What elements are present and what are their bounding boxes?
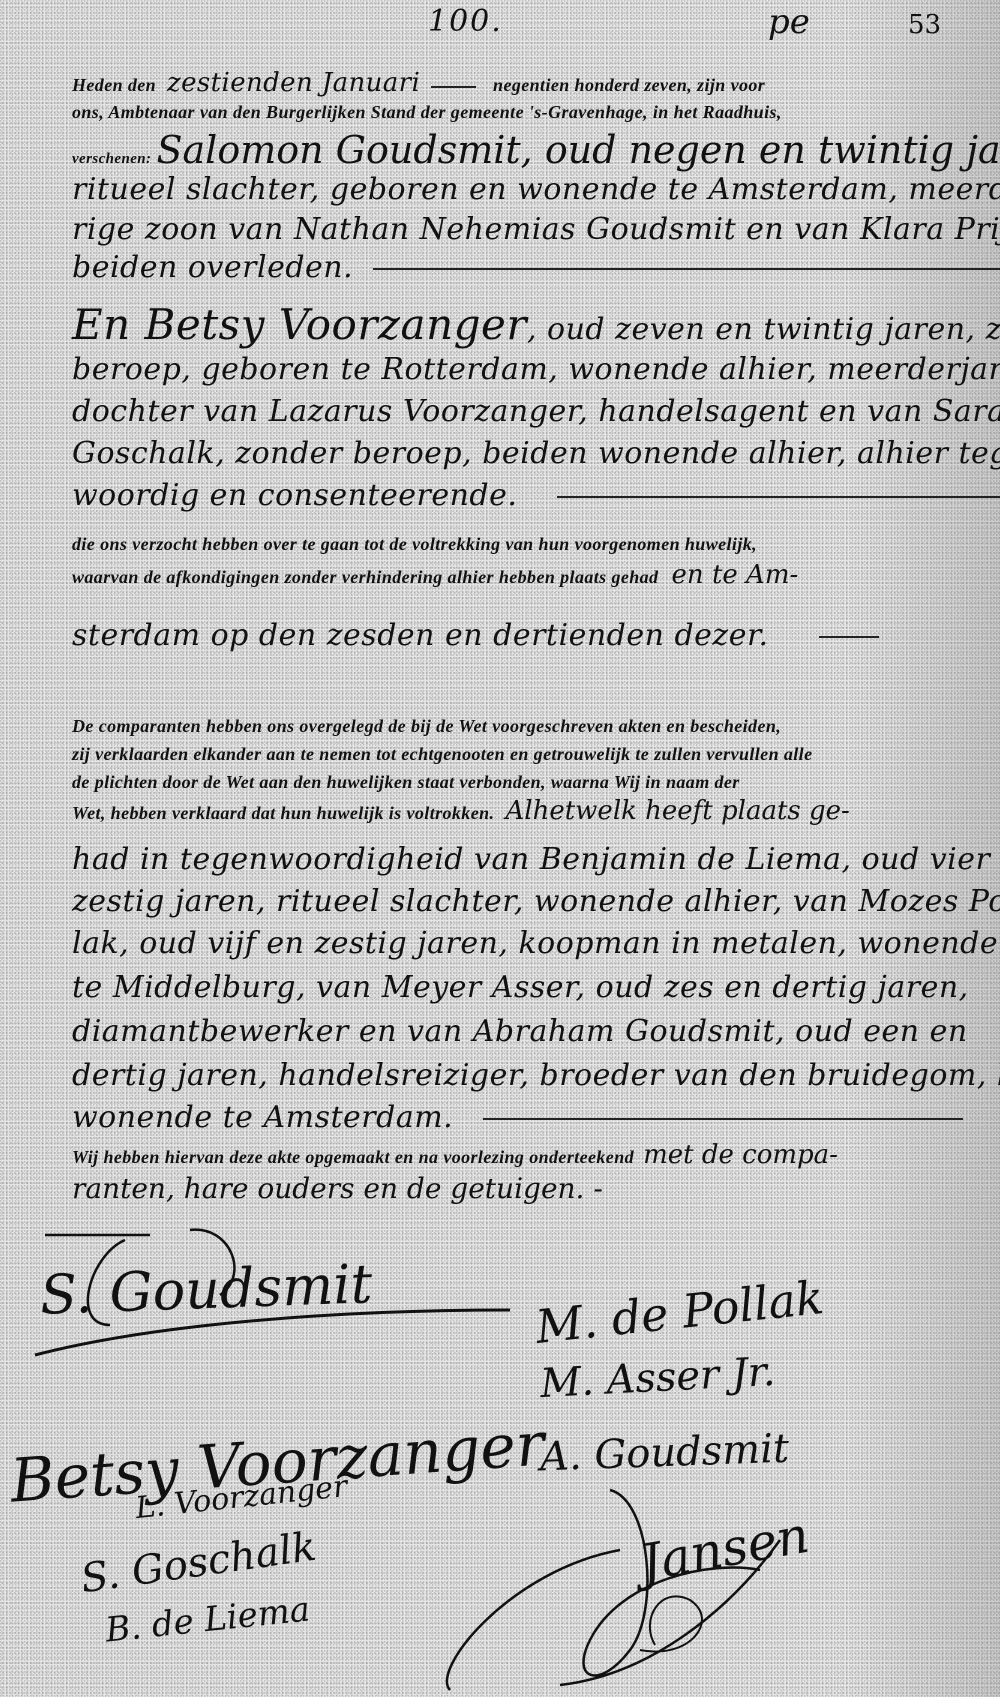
official-signature-flourish — [390, 1470, 830, 1697]
record-line: beroep, geboren te Rotterdam, wonende al… — [72, 352, 972, 387]
groom-name: Salomon Goudsmit, oud negen en twintig j… — [156, 128, 1000, 172]
record-line: Wet, hebben verklaard dat hun huwelijk i… — [72, 796, 972, 826]
signature-witness-pollak: M. de Pollak — [533, 1270, 826, 1354]
record-line: Goschalk, zonder beroep, beiden wonende … — [72, 436, 972, 471]
record-line: woordig en consenteerende. — [72, 478, 972, 513]
marriage-record-page: 100. pe 53 Heden den zestienden Januari … — [0, 0, 1000, 1697]
fill-rule — [431, 86, 476, 88]
record-line: ranten, hare ouders en de getuigen. - — [72, 1172, 972, 1205]
fill-rule — [483, 1118, 963, 1120]
record-line: ons, Ambtenaar van den Burgerlijken Stan… — [72, 102, 972, 123]
bride-name: En Betsy Voorzanger — [72, 300, 527, 349]
record-line: beiden overleden. — [72, 250, 972, 285]
record-line: zij verklaarden elkander aan te nemen to… — [72, 744, 972, 765]
record-line: rige zoon van Nathan Nehemias Goudsmit e… — [72, 212, 972, 247]
date-handwritten: zestienden Januari — [167, 68, 420, 98]
fill-rule — [557, 496, 1000, 498]
record-line: had in tegenwoordigheid van Benjamin de … — [72, 842, 972, 877]
record-line: sterdam op den zesden en dertienden deze… — [72, 618, 972, 653]
record-line: ritueel slachter, geboren en wonende te … — [72, 172, 972, 207]
signature-bride-mother: S. Goschalk — [78, 1524, 319, 1603]
record-line: die ons verzocht hebben over te gaan tot… — [72, 534, 972, 555]
record-line: verschenen: Salomon Goudsmit, oud negen … — [72, 128, 972, 172]
record-line: Heden den zestienden Januari negentien h… — [72, 68, 972, 98]
record-line: te Middelburg, van Meyer Asser, oud zes … — [72, 970, 972, 1005]
record-line: En Betsy Voorzanger, oud zeven en twinti… — [72, 300, 972, 349]
folio-number: 100. — [428, 4, 503, 39]
record-line: dertig jaren, handelsreiziger, broeder v… — [72, 1058, 972, 1093]
record-line: Wij hebben hiervan deze akte opgemaakt e… — [72, 1140, 972, 1170]
record-line: dochter van Lazarus Voorzanger, handelsa… — [72, 394, 972, 429]
record-line: wonende te Amsterdam. — [72, 1100, 972, 1135]
record-line: De comparanten hebben ons overgelegd de … — [72, 716, 972, 737]
signature-groom: S. Goudsmit — [39, 1252, 373, 1327]
record-line: diamantbewerker en van Abraham Goudsmit,… — [72, 1014, 972, 1049]
page-number: 53 — [908, 10, 941, 40]
record-line: waarvan de afkondigingen zonder verhinde… — [72, 560, 972, 590]
record-line: de plichten door de Wet aan den huwelijk… — [72, 772, 972, 793]
record-line: lak, oud vijf en zestig jaren, koopman i… — [72, 926, 972, 961]
clerk-initials: pe — [768, 2, 810, 42]
record-line: zestig jaren, ritueel slachter, wonende … — [72, 884, 972, 919]
signature-witness-deliema: B. de Liema — [103, 1589, 311, 1650]
signature-witness-asser: M. Asser Jr. — [539, 1349, 776, 1407]
fill-rule — [373, 268, 1000, 270]
fill-rule — [819, 636, 879, 638]
